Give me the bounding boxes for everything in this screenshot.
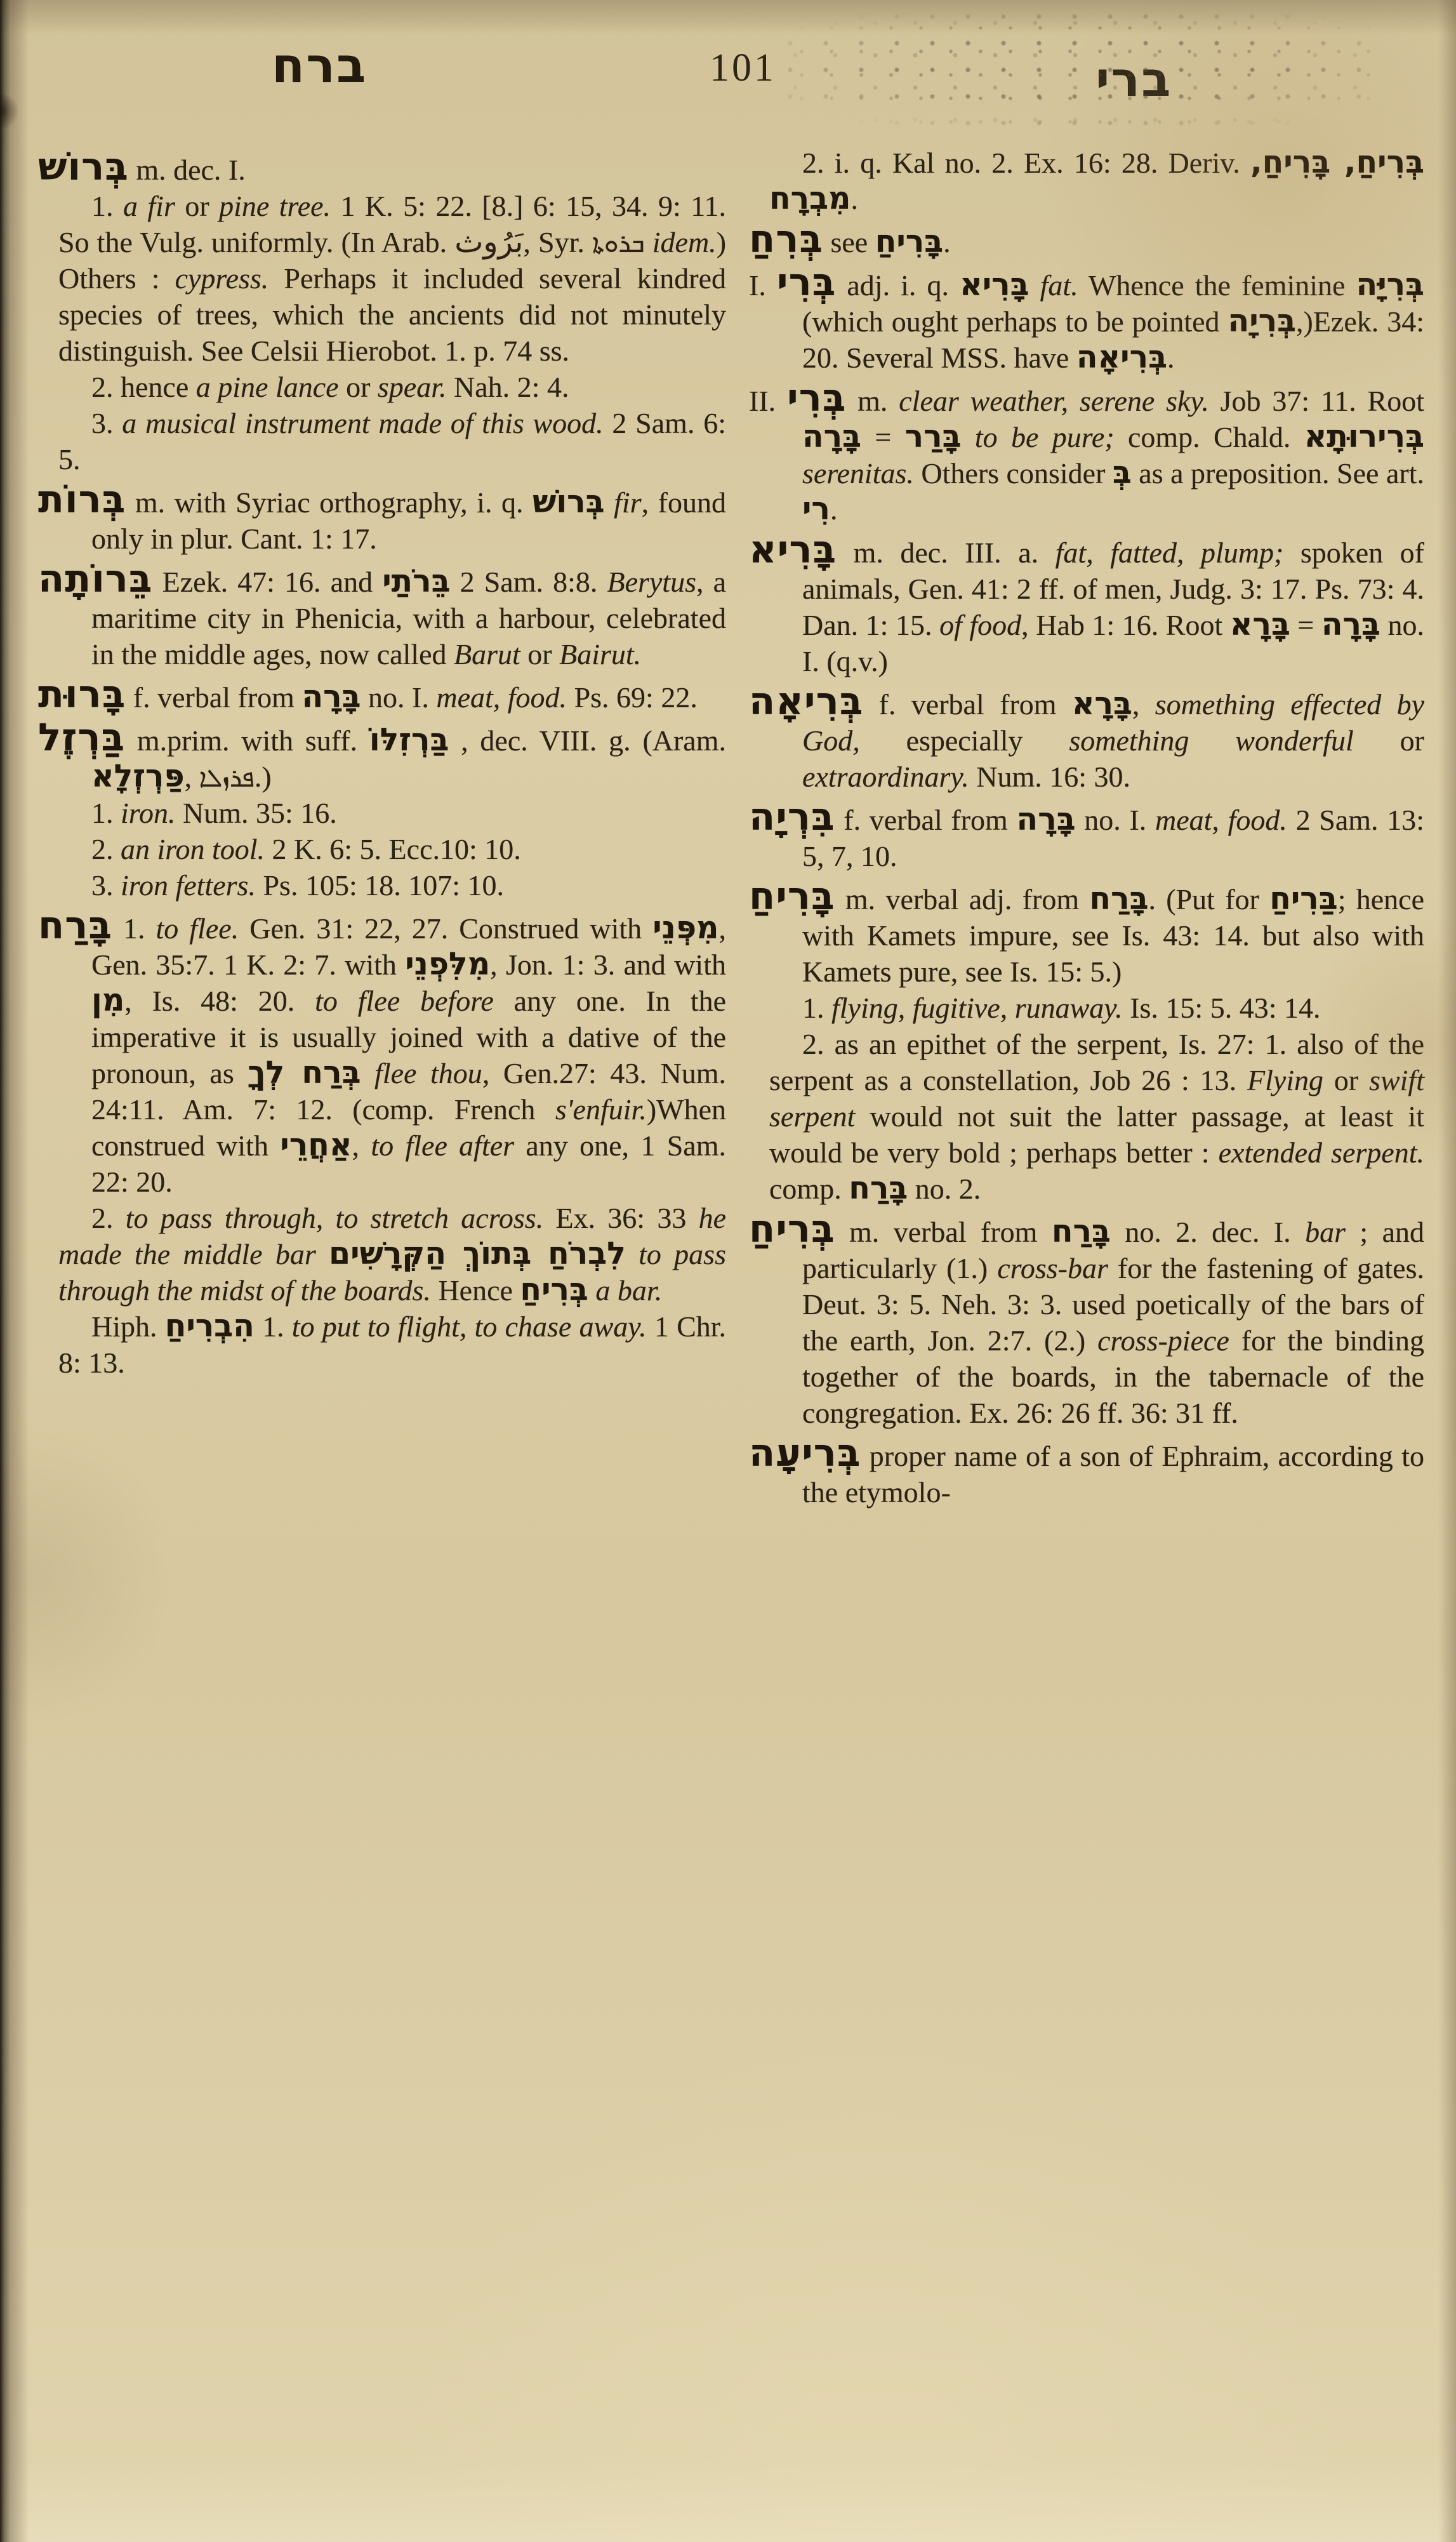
syriac-word: ܒܪܘܬܐ	[592, 229, 645, 258]
text-run: ,	[185, 761, 199, 793]
text-run: 2.	[91, 833, 121, 865]
text-run: , Is. 48: 20.	[124, 985, 315, 1017]
text-run: or	[1323, 1064, 1369, 1096]
hebrew-word: בַּרְזִלּוֹ	[369, 722, 449, 758]
text-run: cross-piece	[1097, 1324, 1229, 1357]
hebrew-headword: בְּרִי	[777, 260, 836, 305]
text-run: 2. i. q. Kal no. 2. Ex. 16: 28. Deriv.	[802, 147, 1250, 179]
text-run: m. with Syriac orthography, i. q.	[126, 486, 533, 519]
text-run: pine tree.	[219, 190, 331, 222]
text-run: fat, fatted, plump;	[1056, 536, 1284, 569]
text-run: a musical instrument made of this wood.	[122, 407, 603, 439]
text-run: a pine lance	[196, 371, 339, 403]
text-run: .	[1167, 342, 1175, 374]
lexicon-entry: בֵּרוֹתָה Ezek. 47: 16. and בֵּרֹתַי 2 S…	[58, 564, 726, 672]
text-run: iron fetters.	[121, 869, 256, 902]
lexicon-entry: בְּרִיחַ m. verbal from בָּרַח no. 2. de…	[769, 1214, 1424, 1431]
text-run: , Jon. 1: 3. and with	[490, 948, 726, 981]
lexicon-entry: בָּרוּת f. verbal from בָּרָה no. I. mea…	[58, 679, 726, 715]
hebrew-word: בָּרָה	[1017, 801, 1076, 837]
text-run	[626, 1238, 639, 1270]
text-run: clear weather, serene sky.	[899, 385, 1209, 417]
text-run: Num. 35: 16.	[175, 797, 336, 829]
lexicon-entry: בְּרוֹת m. with Syriac orthography, i. q…	[58, 484, 726, 557]
sense-paragraph: 2. i. q. Kal no. 2. Ex. 16: 28. Deriv. ב…	[769, 145, 1424, 217]
text-run: Hence	[431, 1274, 520, 1307]
text-run: to chase away.	[475, 1310, 647, 1343]
text-run: Is. 15: 5. 43: 14.	[1123, 992, 1321, 1024]
text-run: extended serpent.	[1219, 1136, 1424, 1169]
text-run: .	[943, 226, 951, 258]
hebrew-headword: בָּרִיא	[749, 528, 837, 572]
hebrew-headword: בְּרִי	[787, 376, 846, 420]
lexicon-entry: בְּרִיאָה f. verbal from בָּרָא, somethi…	[769, 686, 1424, 795]
text-run: see	[823, 226, 875, 258]
text-run: Ex. 36: 33	[543, 1202, 698, 1234]
text-run: Ps. 69: 22.	[567, 681, 698, 714]
text-run: =	[861, 421, 905, 453]
text-run: or	[175, 190, 219, 222]
text-run: , dec. VIII. g. (Aram.	[449, 724, 726, 757]
scanned-lexicon-page: ברח 101 ברי בְּרוֹשׁ m. dec. I.1. a fir …	[0, 0, 1456, 2542]
text-run: to flee.	[156, 912, 239, 945]
hebrew-word: בֵּרֹתַי	[382, 563, 450, 599]
text-run: Job 37: 11. Root	[1209, 385, 1424, 417]
text-run: =	[1290, 609, 1321, 641]
text-run: to flee after	[371, 1129, 514, 1162]
text-run: m. dec. III. a.	[837, 536, 1056, 569]
text-run: to pass through, to stretch across.	[126, 1202, 543, 1234]
hebrew-word: פַּרְזְלָא	[91, 758, 185, 794]
text-run: 3.	[91, 869, 121, 902]
text-run	[605, 486, 614, 519]
hebrew-word: בְּרִיחַ	[520, 1272, 588, 1308]
text-run: 3.	[91, 407, 122, 439]
hebrew-word: בָּרָא	[1072, 686, 1132, 722]
text-run: no. I.	[1076, 804, 1155, 836]
hebrew-word: רִי	[802, 491, 830, 527]
lexicon-entry: בַּרְזֶל m.prim. with suff. בַּרְזִלּוֹ …	[58, 722, 726, 795]
text-run: , Syr.	[523, 226, 592, 258]
hebrew-word: בַּרִיחַ	[1269, 881, 1337, 917]
text-run: 2. hence	[91, 371, 196, 403]
text-run: no. 2.	[908, 1173, 981, 1205]
text-run: meat, food.	[1155, 804, 1287, 836]
text-run: . (Put for	[1148, 883, 1269, 915]
text-run: adj. i. q.	[836, 269, 960, 302]
text-run: 1.	[802, 992, 831, 1024]
text-run: , Hab 1: 16. Root	[1021, 609, 1230, 641]
hebrew-headword: בְּרִיאָה	[749, 679, 863, 724]
text-run: Nah. 2: 4.	[447, 371, 569, 403]
hebrew-word: בְּ	[1113, 455, 1132, 491]
text-run: ,	[1132, 688, 1155, 721]
sense-paragraph: 2. to pass through, to stretch across. E…	[58, 1200, 726, 1308]
text-run: 2 Sam. 8:8.	[450, 566, 607, 598]
lexicon-entry: I. בְּרִי adj. i. q. בָּרִיא fat. Whence…	[769, 267, 1424, 376]
hebrew-word: בְּרִיָה	[1228, 303, 1296, 339]
text-run: f. verbal from	[835, 804, 1017, 836]
text-run: .	[830, 493, 838, 526]
hebrew-headword: בָּרִיחַ	[749, 874, 835, 919]
lexicon-entry: בְּרִחַ see בָּרִיחַ.	[769, 224, 1424, 260]
hebrew-word: בְּרוֹשׁ	[533, 484, 604, 520]
left-column: בְּרוֹשׁ m. dec. I.1. a fir or pine tree…	[58, 145, 726, 1381]
text-run	[361, 1057, 374, 1089]
text-run: f. verbal from	[126, 681, 301, 714]
text-run: of food	[939, 609, 1021, 641]
text-run: s'enfuir.	[555, 1093, 647, 1126]
lexicon-entry: II. בְּרִי m. clear weather, serene sky.…	[769, 383, 1424, 528]
lexicon-entry: בְּרִיעָה proper name of a son of Ephrai…	[769, 1438, 1424, 1510]
text-run: 1.	[255, 1310, 292, 1343]
hebrew-headword: בִּרְיָה	[749, 795, 835, 839]
sense-paragraph: 3. a musical instrument made of this woo…	[58, 405, 726, 477]
text-run: Ezek. 47: 16. and	[153, 566, 383, 598]
text-run: 1.	[91, 190, 123, 222]
hebrew-word: מִן	[91, 982, 124, 1018]
text-run: or	[1354, 724, 1424, 757]
text-run: proper name of a son of Ephraim, accordi…	[802, 1440, 1424, 1508]
text-run: .)	[255, 761, 272, 793]
hebrew-word: בָּרָה	[802, 418, 861, 455]
sense-paragraph: 2. as an epithet of the serpent, Is. 27:…	[769, 1026, 1424, 1207]
text-run: m.prim. with suff.	[125, 724, 369, 757]
hebrew-headword: בָּרוּת	[38, 672, 126, 717]
hebrew-headword: בֵּרוֹתָה	[38, 557, 153, 601]
text-run: extraordinary.	[802, 761, 969, 793]
hebrew-word: בָּרַח	[849, 1170, 908, 1206]
text-run: a fir	[123, 190, 175, 222]
text-run	[467, 1310, 474, 1343]
text-run: cross-bar	[997, 1252, 1108, 1284]
running-head-left: ברח	[272, 37, 367, 93]
text-run: 2 K. 6: 5. Ecc.10: 10.	[265, 833, 521, 865]
lexicon-entry: בָּרִיחַ m. verbal adj. from בָּרַח. (Pu…	[769, 881, 1424, 990]
text-run: or	[339, 371, 378, 403]
lexicon-entry: בְּרוֹשׁ m. dec. I.	[58, 152, 726, 188]
arabic-word: بَرُوث	[454, 224, 523, 260]
running-head-right: ברי	[1095, 51, 1172, 107]
text-run: m. dec. I.	[129, 154, 246, 186]
hebrew-headword: בְּרִיחַ	[749, 1207, 835, 1251]
hebrew-word: אַחֲרֵי	[280, 1127, 352, 1163]
text-run: something wonderful	[1069, 724, 1354, 757]
hebrew-word: בָּרִיחַ	[875, 223, 943, 260]
text-run: to put to flight,	[292, 1310, 467, 1343]
page-number: 101	[710, 46, 776, 91]
entry-numeral: I.	[749, 269, 777, 302]
text-run: Ps. 105: 18. 107: 10.	[256, 869, 504, 902]
text-run: flee thou	[374, 1057, 482, 1089]
sense-paragraph: 1. iron. Num. 35: 16.	[58, 795, 726, 831]
text-run	[962, 421, 975, 453]
text-run: f. verbal from	[863, 688, 1072, 721]
hebrew-word: מִפְּנֵי	[652, 910, 718, 946]
hebrew-word: בָּרִיא	[960, 267, 1029, 303]
hebrew-headword: בְּרוֹת	[38, 477, 126, 522]
sense-paragraph: 1. flying, fugitive, runaway. Is. 15: 5.…	[769, 990, 1424, 1026]
hebrew-headword: בְּרִחַ	[749, 217, 823, 262]
text-run: idem.	[652, 226, 717, 258]
text-run: flying, fugitive, runaway.	[831, 992, 1123, 1024]
hebrew-word: לִבְרֹחַ בְּתוֹךְ הַקְּרָשִׁים	[329, 1235, 626, 1272]
hebrew-word: בָּרַר	[905, 418, 962, 455]
sense-paragraph: 2. an iron tool. 2 K. 6: 5. Ecc.10: 10.	[58, 831, 726, 867]
text-run: ,	[352, 1129, 371, 1162]
lexicon-entry: בָּרִיא m. dec. III. a. fat, fatted, plu…	[769, 535, 1424, 679]
syriac-word: ܦܪܙܠܐ	[199, 764, 255, 793]
text-run: Hiph.	[91, 1310, 165, 1343]
text-run: 1.	[112, 912, 156, 945]
text-run: Berytus	[607, 566, 696, 598]
sense-paragraph: 1. a fir or pine tree. 1 K. 5: 22. [8.] …	[58, 188, 726, 369]
text-run: serenitas.	[802, 457, 914, 489]
text-run: comp.	[769, 1173, 849, 1205]
text-run: m. verbal adj. from	[835, 883, 1090, 915]
hebrew-headword: בְּרוֹשׁ	[38, 145, 129, 189]
hebrew-word: בָּרַח	[1052, 1213, 1111, 1249]
hebrew-word: בָּרָה	[1321, 606, 1380, 642]
hebrew-headword: בְּרִיעָה	[749, 1431, 861, 1475]
text-run: a bar.	[595, 1274, 662, 1307]
text-run: to flee before	[315, 985, 494, 1017]
text-run: comp. Chald.	[1115, 421, 1304, 453]
text-run: Others consider	[914, 457, 1113, 489]
text-run	[316, 1238, 329, 1270]
hebrew-word: בָּרָה	[301, 679, 361, 715]
text-run: 2.	[91, 1202, 126, 1234]
hebrew-word: בְּרִיָּה	[1356, 267, 1424, 303]
text-run: spear.	[378, 371, 447, 403]
text-run: m. verbal from	[835, 1216, 1052, 1248]
text-run: Bairut.	[559, 638, 641, 670]
sense-paragraph: 3. iron fetters. Ps. 105: 18. 107: 10.	[58, 867, 726, 903]
text-run: especially	[860, 724, 1069, 757]
text-run	[588, 1274, 596, 1307]
text-run: or	[520, 638, 559, 670]
text-run: 1.	[91, 797, 121, 829]
text-run: Gen. 31: 22, 27. Construed with	[239, 912, 652, 945]
text-run: Barut	[454, 638, 520, 670]
sense-paragraph: Hiph. הִבְרִיחַ 1. to put to flight, to …	[58, 1308, 726, 1381]
hebrew-word: בְּרִירוּתָא	[1304, 418, 1424, 455]
text-run: Whence the feminine	[1078, 269, 1356, 302]
text-run: bar	[1305, 1216, 1346, 1248]
text-run: (which ought perhaps to be pointed	[802, 305, 1228, 338]
hebrew-word: הִבְרִיחַ	[165, 1308, 255, 1344]
text-run	[645, 226, 652, 258]
text-run: to be pure;	[975, 421, 1115, 453]
text-run: no. 2. dec. I.	[1111, 1216, 1305, 1248]
text-run: Num. 16: 30.	[969, 761, 1130, 793]
entry-numeral: II.	[749, 385, 787, 417]
text-run: Flying	[1247, 1064, 1323, 1096]
right-column: 2. i. q. Kal no. 2. Ex. 16: 28. Deriv. ב…	[769, 145, 1424, 1510]
text-run: cypress.	[175, 262, 269, 295]
hebrew-headword: בַּרְזֶל	[38, 715, 125, 760]
ink-speckles	[784, 9, 1387, 133]
text-run: no. I.	[361, 681, 437, 714]
hebrew-word: בָּרָא	[1230, 606, 1290, 642]
hebrew-word: בְּרִיאָה	[1076, 339, 1167, 375]
text-run: fat.	[1040, 269, 1078, 302]
text-run: meat, food.	[436, 681, 567, 714]
hebrew-word: מִלִּפְנֵי	[405, 946, 490, 982]
text-run: an iron tool.	[121, 833, 265, 865]
hebrew-word: בָּרַח	[1089, 881, 1148, 917]
lexicon-entry: בִּרְיָה f. verbal from בָּרָה no. I. me…	[769, 802, 1424, 874]
text-run: fir	[614, 486, 641, 519]
hebrew-headword: בָּרַח	[38, 903, 112, 948]
lexicon-entry: בָּרַח 1. to flee. Gen. 31: 22, 27. Cons…	[58, 910, 726, 1200]
text-run: iron.	[121, 797, 175, 829]
text-run	[1029, 269, 1040, 302]
text-run: m.	[846, 385, 899, 417]
text-run: .	[851, 183, 859, 215]
hebrew-word: בְּרַח לְךָ	[248, 1055, 361, 1091]
sense-paragraph: 2. hence a pine lance or spear. Nah. 2: …	[58, 369, 726, 405]
text-run: as a preposition. See art.	[1132, 457, 1424, 489]
